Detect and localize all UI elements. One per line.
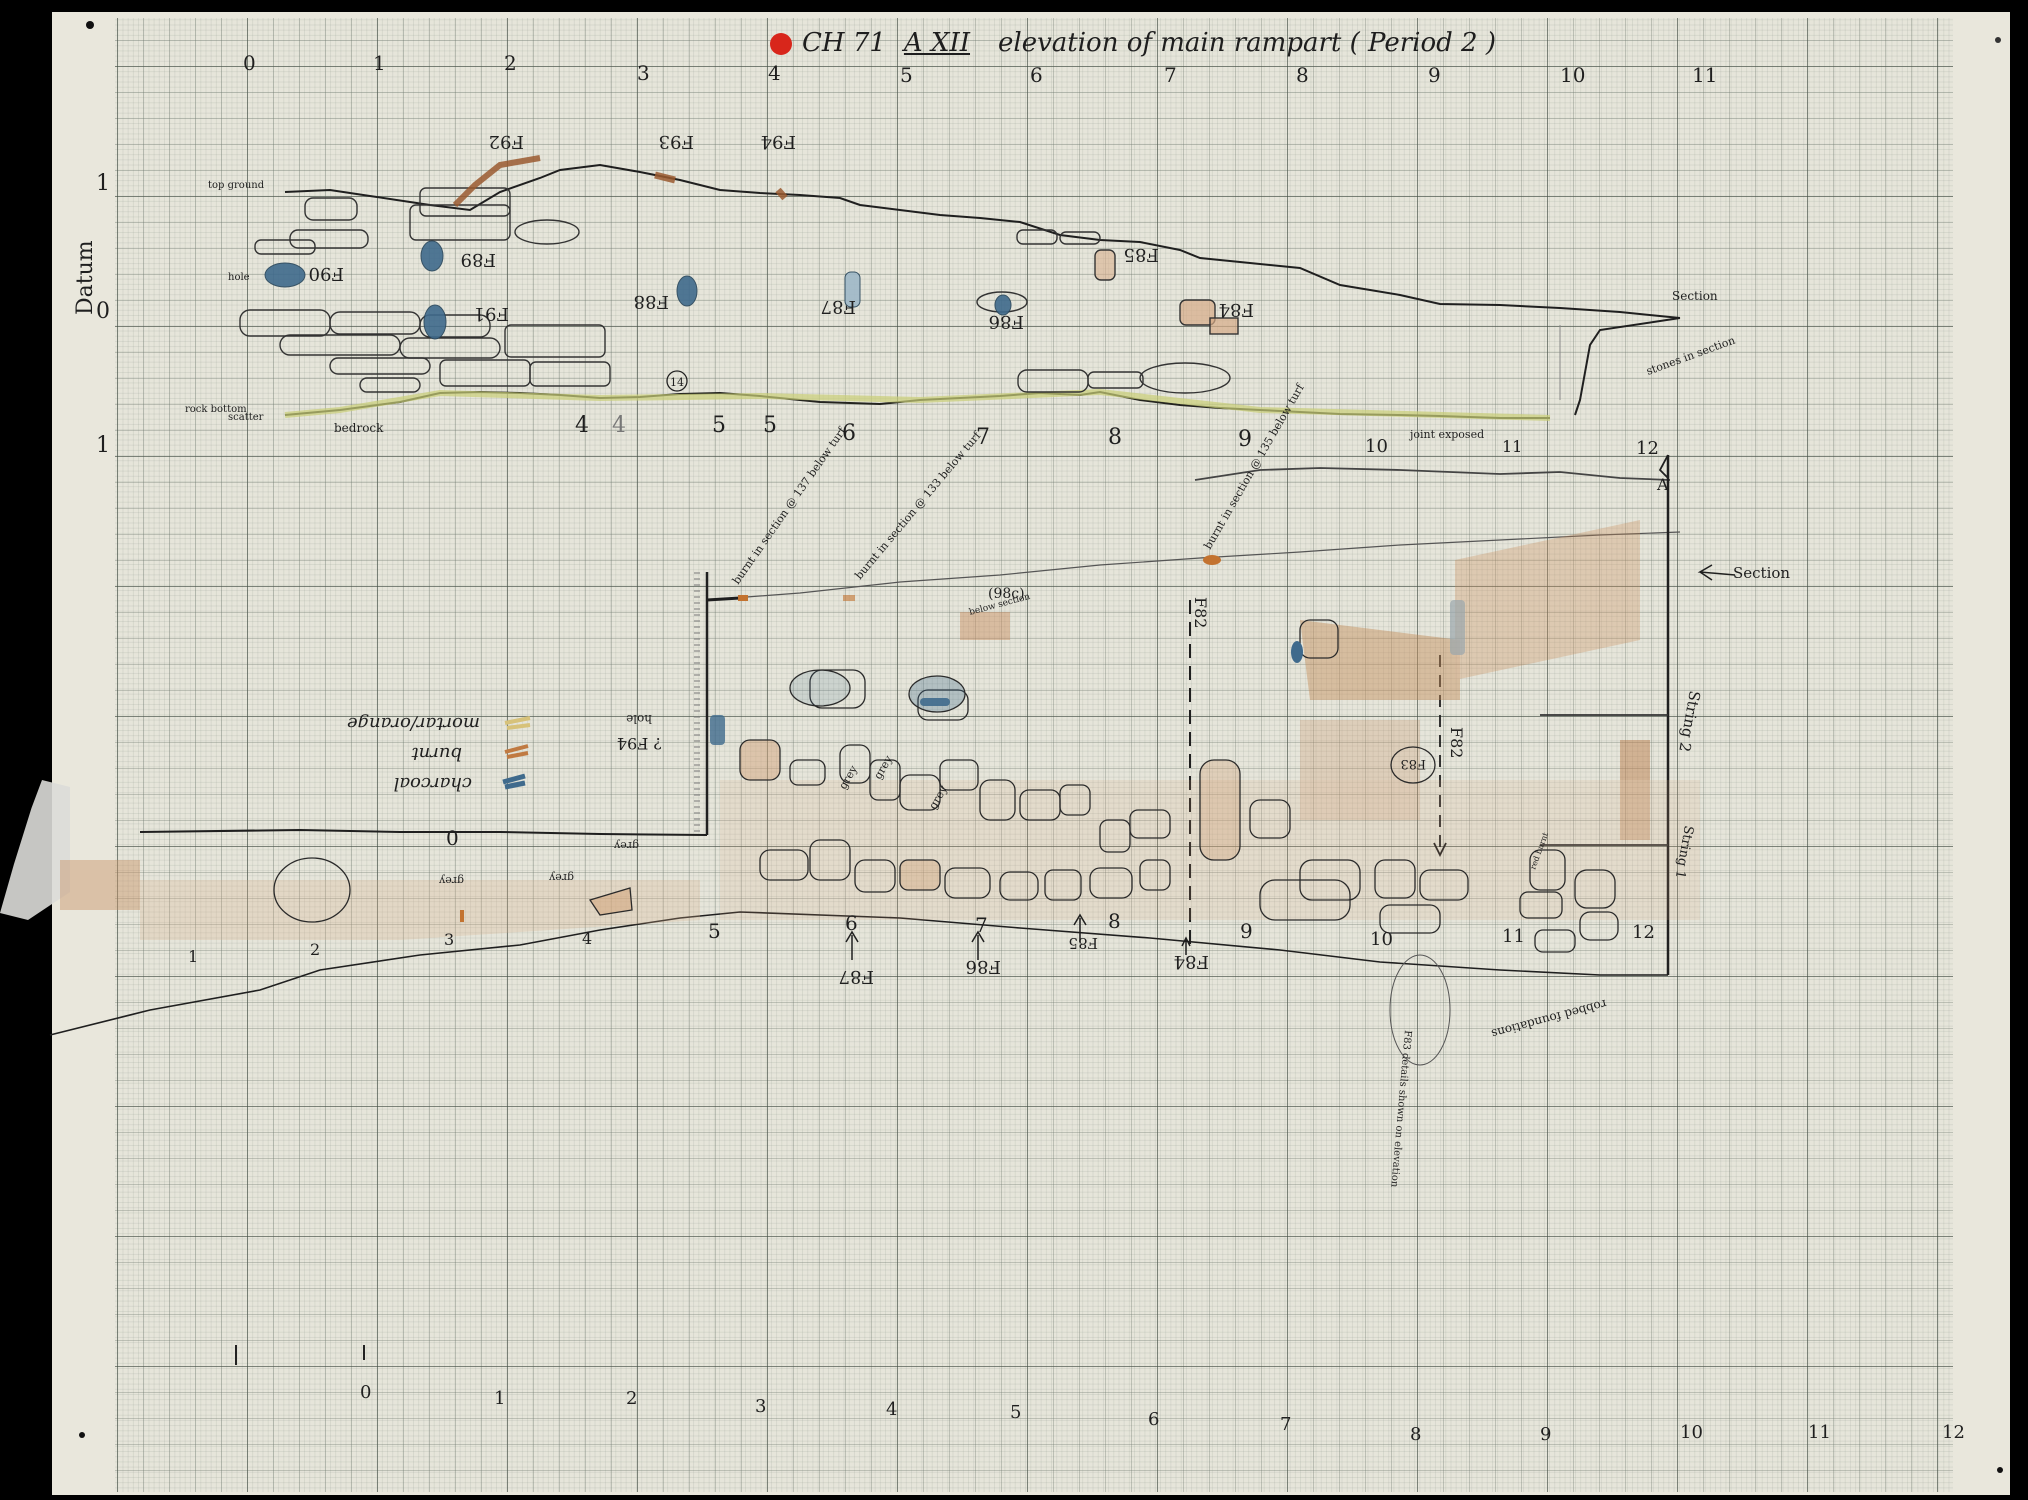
paper-mark <box>79 1432 85 1438</box>
lower-x-label: 9 <box>1240 919 1253 943</box>
top-x-label: 0 <box>243 51 256 75</box>
note-bedrock: bedrock <box>334 421 384 435</box>
mid-x-label: 4 <box>612 413 626 438</box>
note-f83-ellipse <box>1390 955 1450 1065</box>
feature-label: F90 <box>309 263 344 284</box>
note-burnt-133: burnt in section @ 133 below turf <box>852 429 984 582</box>
legend-swatch-mortar <box>505 718 530 728</box>
lower-x-label: 11 <box>1502 926 1525 947</box>
top-x-label: 10 <box>1560 63 1585 87</box>
top-x-label: 4 <box>768 61 781 85</box>
lower-x-label: 5 <box>708 919 721 943</box>
feature-label: F91 <box>474 303 509 324</box>
legend-swatch-charcoal <box>503 776 525 787</box>
feature-f94-label: ? F94 <box>617 734 662 753</box>
bottom-x-label: 8 <box>1410 1424 1421 1445</box>
legend-label-burnt: burnt <box>411 743 462 764</box>
note-grey: grey <box>871 753 895 782</box>
legend: mortar/orange burnt charcoal <box>347 713 530 794</box>
paper-mark <box>86 21 94 29</box>
top-axis-labels: 0 1 2 3 4 5 6 7 8 9 10 11 <box>243 51 1717 87</box>
lower-x-label: 4 <box>582 929 592 948</box>
paper-mark <box>1997 1467 2003 1473</box>
bottom-x-label: 11 <box>1808 1422 1831 1443</box>
mid-x-label: 4 <box>575 413 589 438</box>
bottom-x-label: 12 <box>1942 1422 1965 1443</box>
note-scatter: scatter <box>228 412 264 423</box>
left-y-label: 1 <box>96 171 110 196</box>
left-y-label: 1 <box>96 433 110 458</box>
top-x-label: 6 <box>1030 63 1043 87</box>
bottom-x-label: 4 <box>886 1399 897 1420</box>
feature-label: F87 <box>821 296 856 317</box>
mid-x-label: 5 <box>763 413 777 438</box>
lower-zero-label: 0 <box>446 826 459 850</box>
feature-label: F84 <box>1219 299 1254 320</box>
mid-x-label: 11 <box>1502 437 1522 456</box>
note-top-ground: top ground <box>208 180 265 191</box>
top-x-label: 2 <box>504 51 517 75</box>
bottom-x-label: 3 <box>755 1396 766 1417</box>
drawing-canvas: 0 1 2 3 4 5 6 7 8 9 10 11 1 0 1 Datum <box>0 0 2028 1500</box>
bottom-x-label: 2 <box>626 1388 637 1409</box>
top-x-label: 9 <box>1428 63 1441 87</box>
feature-arrow-label: F86 <box>966 956 1001 977</box>
note-stones-in-section: stones in section <box>1645 334 1737 378</box>
datum-label: Datum <box>73 240 98 315</box>
top-x-label: 7 <box>1164 63 1177 87</box>
lower-x-label: 6 <box>845 911 858 935</box>
lower-x-label: 8 <box>1108 909 1121 933</box>
top-x-label: 5 <box>900 63 913 87</box>
feature-f83-label: F83 <box>1400 756 1426 771</box>
feature-label: F89 <box>461 249 496 270</box>
lower-x-label: 12 <box>1632 922 1655 943</box>
feature-arrow-label: F87 <box>839 966 874 987</box>
stone-number: 14 <box>670 376 684 389</box>
lower-x-label: 1 <box>188 947 198 966</box>
feature-arrow-label: F85 <box>1069 934 1099 952</box>
bottom-x-label: 7 <box>1280 1414 1291 1435</box>
bottom-x-label: 1 <box>494 1388 505 1409</box>
top-x-label: 3 <box>637 61 650 85</box>
upper-elevation <box>240 158 1680 418</box>
bottom-x-label: 0 <box>360 1382 371 1403</box>
left-y-label: 0 <box>96 299 110 324</box>
mid-x-label: 9 <box>1238 427 1252 452</box>
mid-x-label: 8 <box>1108 425 1122 450</box>
upper-feature-labels: F92 F93 F94 F90 F89 F91 F88 F87 F86 F85 … <box>309 131 1254 332</box>
legend-label-mortar: mortar/orange <box>347 713 480 734</box>
note-robbed-foundations: robbed foundations <box>1490 997 1608 1041</box>
top-x-label: 11 <box>1692 63 1717 87</box>
mid-axis-labels: 4 4 5 5 6 7 8 9 10 11 12 <box>575 413 1659 459</box>
lower-x-label: 7 <box>975 913 988 937</box>
feature-label: F94 <box>761 131 796 152</box>
note-hole-lower: hole <box>626 712 652 726</box>
note-grey: grey <box>548 871 574 884</box>
bottom-axis-labels: 0 1 2 3 4 5 6 7 8 9 10 11 12 <box>236 1345 1965 1445</box>
note-burnt-137: burnt in section @ 137 below turf <box>730 424 849 587</box>
note-f83-details: F83 details shown on elevation <box>1388 1030 1413 1188</box>
mid-x-label: 10 <box>1365 436 1388 457</box>
left-axis-labels: 1 0 1 Datum <box>73 171 110 458</box>
feature-f82-label: F82 <box>1447 727 1466 758</box>
paper-mark <box>1995 37 2001 43</box>
feature-label: F92 <box>489 131 524 152</box>
bottom-x-label: 5 <box>1010 1402 1021 1423</box>
mid-x-label: 12 <box>1636 438 1659 459</box>
note-limit-a: A <box>1656 475 1669 494</box>
note-joint-exposed: joint exposed <box>1408 428 1484 441</box>
legend-swatch-burnt <box>505 746 528 757</box>
lower-x-label: 2 <box>310 940 320 959</box>
bottom-x-label: 10 <box>1680 1422 1703 1443</box>
legend-label-charcoal: charcoal <box>393 773 472 794</box>
bottom-x-label: 9 <box>1540 1424 1551 1445</box>
feature-label: F88 <box>634 291 669 312</box>
note-section-lower: Section <box>1733 564 1790 582</box>
feature-label: F85 <box>1124 244 1159 265</box>
feature-f84-vertical: F82 <box>1191 597 1210 628</box>
note-grey: grey <box>613 839 639 852</box>
lower-x-label: 10 <box>1370 929 1393 950</box>
feature-label: F93 <box>659 131 694 152</box>
note-grey: grey <box>438 874 464 887</box>
top-x-label: 8 <box>1296 63 1309 87</box>
mid-x-label: 5 <box>712 413 726 438</box>
top-x-label: 1 <box>373 51 386 75</box>
bottom-x-label: 6 <box>1148 1409 1159 1430</box>
note-section: Section <box>1672 289 1718 303</box>
feature-label: F86 <box>989 311 1024 332</box>
lower-x-label: 3 <box>444 930 454 949</box>
note-hole: hole <box>228 272 250 283</box>
feature-arrow-label: F84 <box>1174 951 1209 972</box>
note-string-2: String 2 <box>1675 689 1703 753</box>
